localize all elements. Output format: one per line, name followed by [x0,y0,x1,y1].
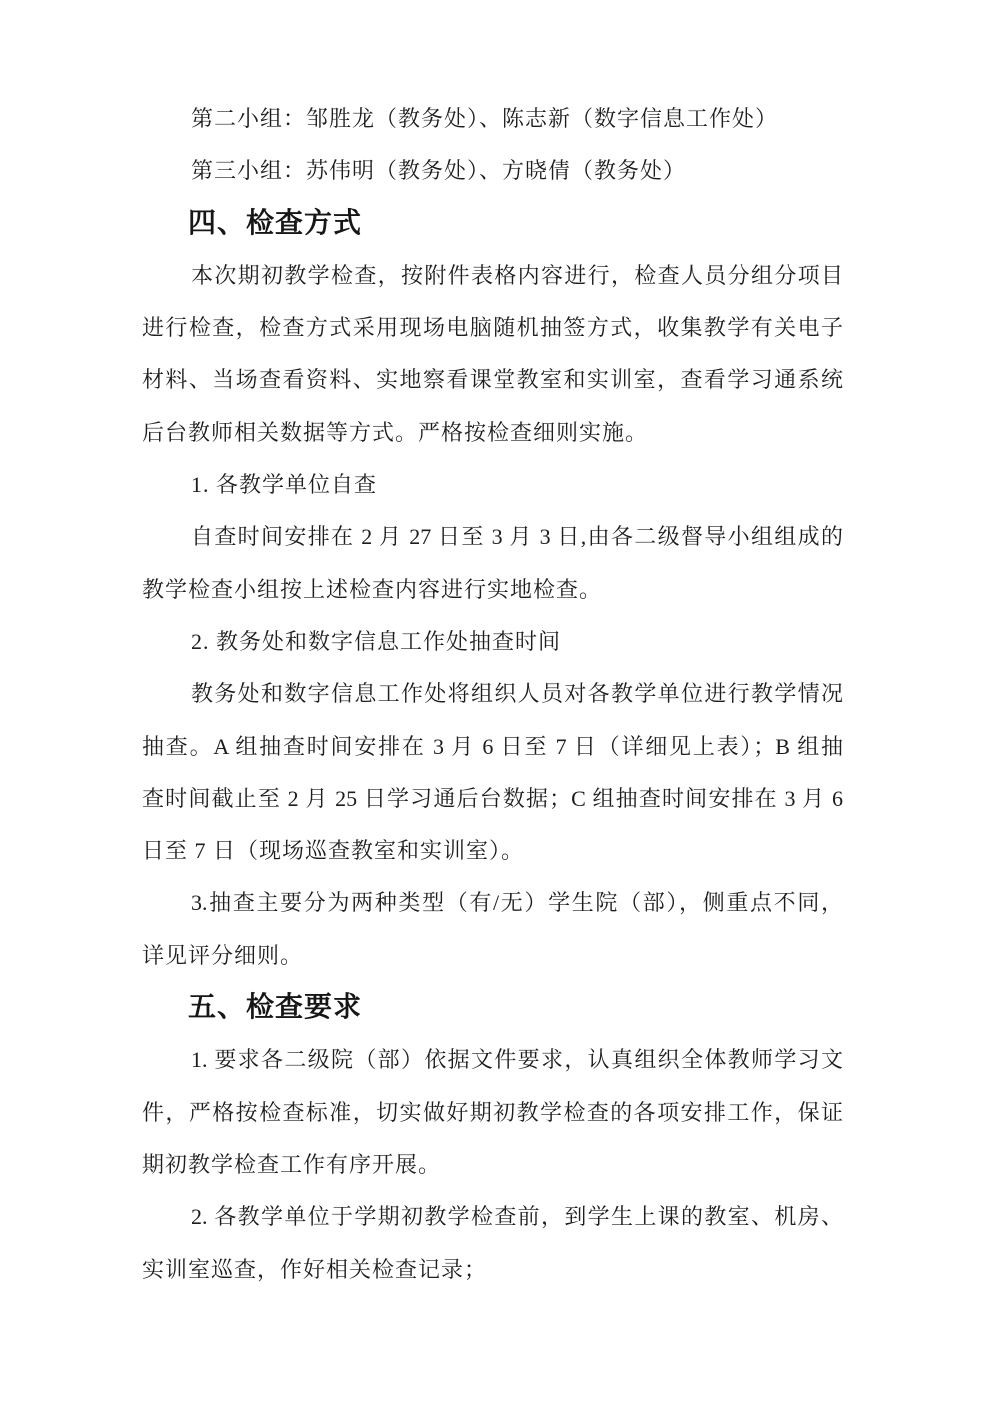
text-line: 2. 教务处和数字信息工作处抽查时间 [142,616,843,668]
text-line: 3.抽查主要分为两种类型（有/无）学生院（部），侧重点不同， [142,877,843,929]
text-line: 件，严格按检查标准，切实做好期初教学检查的各项安排工作，保证 [142,1087,843,1139]
section-heading: 五、检查要求 [142,982,843,1034]
text-line: 本次期初教学检查，按附件表格内容进行，检查人员分组分项目 [142,250,843,302]
text-line: 自查时间安排在 2 月 27 日至 3 月 3 日,由各二级督导小组组成的 [142,511,843,563]
document-body: 第二小组：邹胜龙（教务处）、陈志新（数字信息工作处）第三小组：苏伟明（教务处）、… [142,93,843,1296]
text-line: 期初教学检查工作有序开展。 [142,1139,843,1191]
document-page: 第二小组：邹胜龙（教务处）、陈志新（数字信息工作处）第三小组：苏伟明（教务处）、… [0,0,992,1403]
text-line: 进行检查，检查方式采用现场电脑随机抽签方式，收集教学有关电子 [142,302,843,354]
document-screenshot: { "page": { "background": "#ffffff", "te… [0,0,992,1403]
text-line: 抽查。A 组抽查时间安排在 3 月 6 日至 7 日（详细见上表）；B 组抽 [142,721,843,773]
text-line: 教务处和数字信息工作处将组织人员对各教学单位进行教学情况 [142,668,843,720]
text-line: 教学检查小组按上述检查内容进行实地检查。 [142,564,843,616]
text-line: 后台教师相关数据等方式。严格按检查细则实施。 [142,407,843,459]
text-line: 第三小组：苏伟明（教务处）、方晓倩（教务处） [142,145,843,197]
text-line: 材料、当场查看资料、实地察看课堂教室和实训室，查看学习通系统 [142,354,843,406]
text-line: 2. 各教学单位于学期初教学检查前，到学生上课的教室、机房、 [142,1191,843,1243]
text-line: 1. 各教学单位自查 [142,459,843,511]
text-line: 实训室巡查，作好相关检查记录； [142,1244,843,1296]
section-heading: 四、检查方式 [142,198,843,250]
text-line: 查时间截止至 2 月 25 日学习通后台数据；C 组抽查时间安排在 3 月 6 [142,773,843,825]
text-line: 1. 要求各二级院（部）依据文件要求，认真组织全体教师学习文 [142,1034,843,1086]
text-line: 第二小组：邹胜龙（教务处）、陈志新（数字信息工作处） [142,93,843,145]
text-line: 日至 7 日（现场巡查教室和实训室）。 [142,825,843,877]
text-line: 详见评分细则。 [142,930,843,982]
